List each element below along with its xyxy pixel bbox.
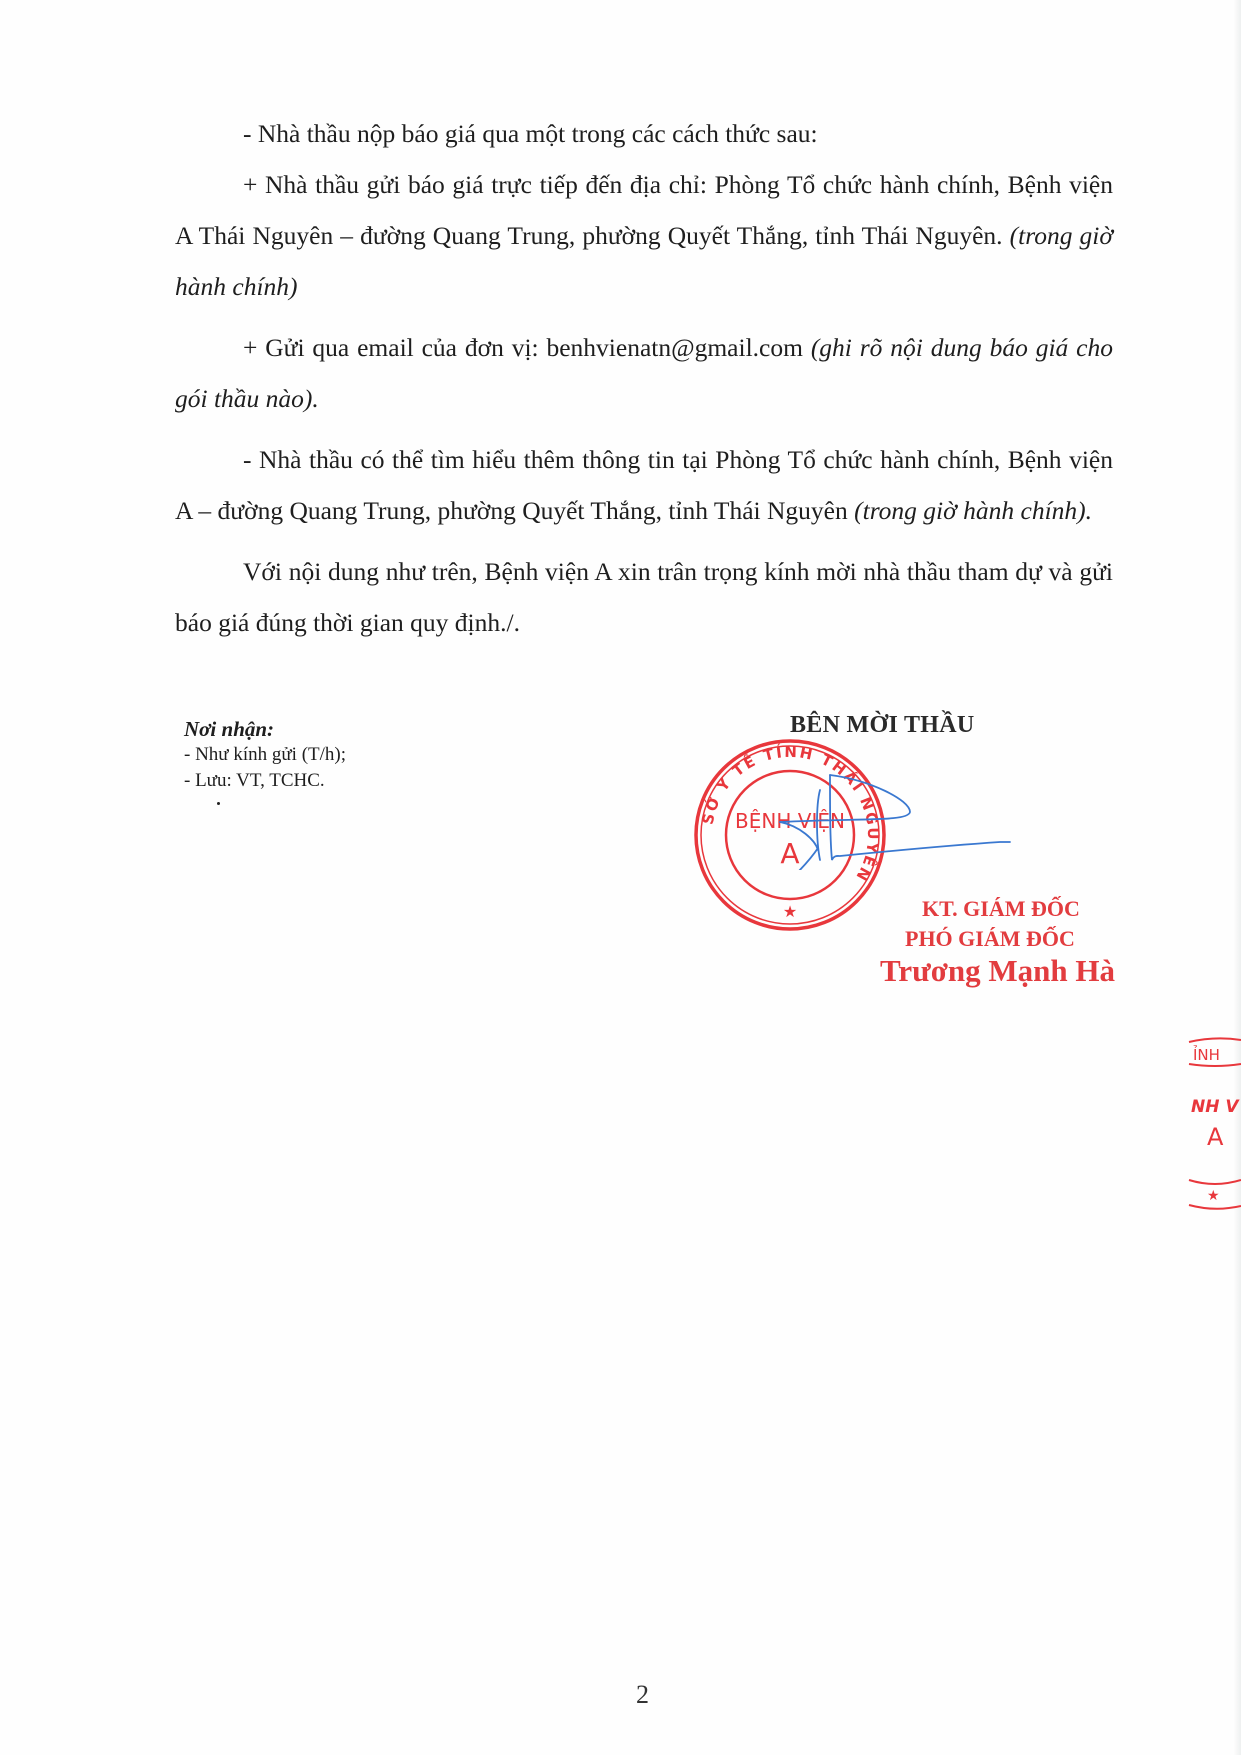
recipients-block: Nơi nhận: - Như kính gửi (T/h); - Lưu: V…: [184, 716, 346, 794]
paragraph-more-info: - Nhà thầu có thể tìm hiểu thêm thông ti…: [175, 434, 1113, 536]
handwritten-signature-icon: [760, 760, 1060, 870]
paragraph-email-submission: + Gửi qua email của đơn vị: benhvienatn@…: [175, 322, 1113, 424]
body-text: - Nhà thầu nộp báo giá qua một trong các…: [175, 108, 1113, 648]
paragraph-closing: Với nội dung như trên, Bệnh viện A xin t…: [175, 546, 1113, 648]
recipient-item: - Lưu: VT, TCHC.: [184, 768, 346, 794]
partial-edge-stamp-icon: ỈNH NH V A ★: [1185, 1030, 1241, 1220]
paragraph-submission-methods: - Nhà thầu nộp báo giá qua một trong các…: [175, 108, 1113, 159]
page-edge-shadow: [1233, 0, 1241, 1755]
signer-name: Trương Mạnh Hà: [880, 953, 1115, 989]
recipient-item: - Như kính gửi (T/h);: [184, 742, 346, 768]
svg-text:★: ★: [1207, 1189, 1220, 1204]
signer-role-line2: PHÓ GIÁM ĐỐC: [905, 926, 1075, 952]
document-page: - Nhà thầu nộp báo giá qua một trong các…: [0, 0, 1241, 1755]
paragraph-direct-submission: + Nhà thầu gửi báo giá trực tiếp đến địa…: [175, 159, 1113, 312]
svg-text:NH V: NH V: [1191, 1097, 1240, 1117]
signer-role-line1: KT. GIÁM ĐỐC: [922, 896, 1080, 922]
svg-text:★: ★: [783, 904, 797, 921]
recipients-title: Nơi nhận:: [184, 716, 346, 742]
page-number: 2: [636, 1680, 649, 1710]
svg-text:ỈNH: ỈNH: [1193, 1044, 1220, 1064]
stray-dot: [217, 802, 220, 805]
svg-text:A: A: [1207, 1123, 1224, 1151]
